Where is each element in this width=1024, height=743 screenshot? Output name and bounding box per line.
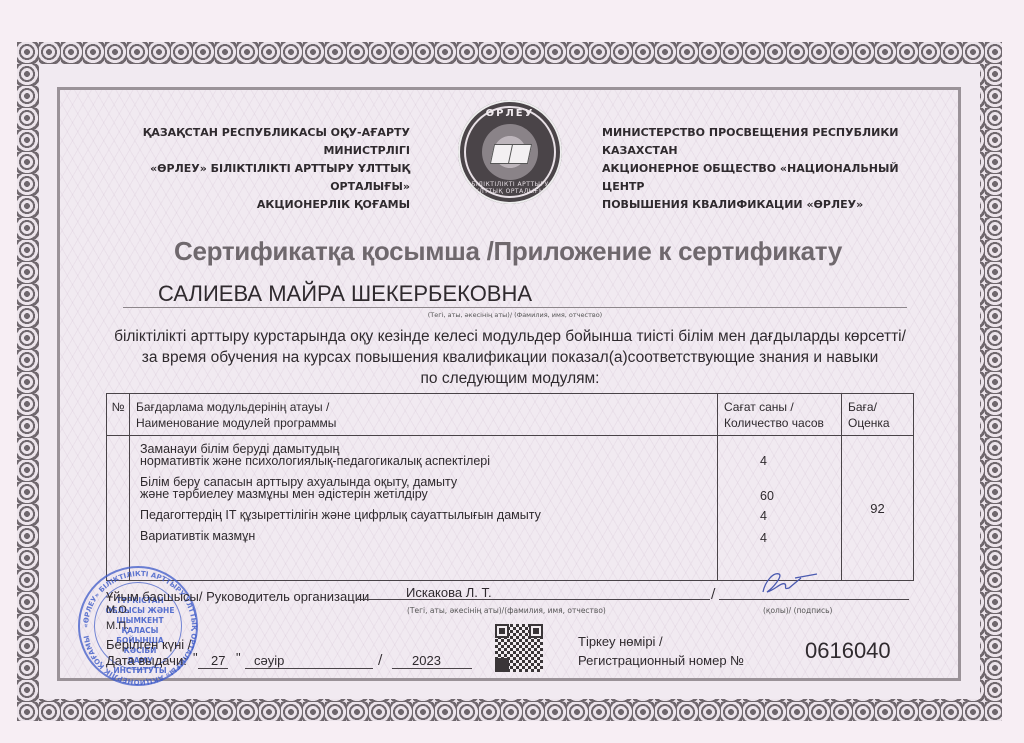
module-item: Заманауи білім беруді дамытудың норматив… <box>140 443 717 467</box>
header-module-kz: Бағдарлама модульдерінің атауы / <box>136 399 712 415</box>
intro-line: по следующим модулям: <box>100 368 920 389</box>
module-name: Вариативтік мазмұн <box>140 530 717 542</box>
header-module-ru: Наименование модулей программы <box>136 415 712 431</box>
module-item: Білім беру сапасын арттыру ахуалында оқы… <box>140 476 717 500</box>
module-name: нормативтік және психологиялық-педагогик… <box>140 455 717 467</box>
header-kazakh: ҚАЗАҚСТАН РЕСПУБЛИКАСЫ ОҚУ-АҒАРТУ МИНИСТ… <box>90 124 410 214</box>
module-hours: 4 <box>760 509 767 523</box>
modules-table: № Бағдарлама модульдерінің атауы / Наиме… <box>106 393 914 581</box>
header-kz-line: АКЦИОНЕРЛІК ҚОҒАМЫ <box>90 196 410 214</box>
module-hours: 4 <box>760 531 767 545</box>
director-name: Искакова Л. Т. <box>406 585 492 600</box>
table-row: Заманауи білім беруді дамытудың норматив… <box>107 436 914 581</box>
issue-date-label-kz: Берілген күні / <box>106 637 191 652</box>
module-hours: 60 <box>760 489 774 503</box>
logo-top-text: ӨРЛЕУ <box>458 108 562 119</box>
name-underline <box>123 307 907 308</box>
intro-line: за время обучения на курсах повышения кв… <box>100 347 920 368</box>
quote-open: " <box>193 650 198 665</box>
seal-label-kz: М.О. <box>106 604 130 616</box>
header-grade-ru: Оценка <box>848 415 908 431</box>
orleu-logo-icon: ӨРЛЕУ БІЛІКТІЛІКТІ АРТТЫРУ ҰЛТТЫҚ ОРТАЛЫ… <box>458 100 562 204</box>
date-slash: / <box>378 653 382 668</box>
signature-caption: (қолы)/ (подпись) <box>763 606 832 615</box>
header-module: Бағдарлама модульдерінің атауы / Наимено… <box>130 394 718 436</box>
year-line <box>392 668 472 669</box>
registration-label: Тіркеу нөмірі / Регистрационный номер № <box>578 632 744 670</box>
header-hours-ru: Количество часов <box>724 415 836 431</box>
header-kz-line: ҚАЗАҚСТАН РЕСПУБЛИКАСЫ ОҚУ-АҒАРТУ МИНИСТ… <box>90 124 410 160</box>
document-title: Сертификатқа қосымша /Приложение к серти… <box>123 236 893 267</box>
director-label: Ұйым басшысы/ Руководитель организации <box>106 589 369 604</box>
registration-label-ru: Регистрационный номер № <box>578 651 744 670</box>
open-book-icon <box>490 144 532 164</box>
slash-separator: / <box>711 587 715 602</box>
header-grade-kz: Баға/ <box>848 399 908 415</box>
signature-line <box>719 599 909 600</box>
official-stamp: «ӨРЛЕУ» БІЛІКТІЛІКТІ АРТТЫРУ ҰЛТТЫҚ ОРТА… <box>78 566 198 686</box>
module-name: Педагогтердің IT құзыреттілігін және циф… <box>140 509 717 521</box>
header-ru-line: МИНИСТЕРСТВО ПРОСВЕЩЕНИЯ РЕСПУБЛИКИ КАЗА… <box>602 124 942 160</box>
header-number: № <box>107 394 130 436</box>
header-ru-line: ПОВЫШЕНИЯ КВАЛИФИКАЦИИ «ӨРЛЕУ» <box>602 196 942 214</box>
day-line <box>198 668 228 669</box>
header-kz-line: «ӨРЛЕУ» БІЛІКТІЛІКТІ АРТТЫРУ ҰЛТТЫҚ ОРТА… <box>90 160 410 196</box>
module-item: Педагогтердің IT құзыреттілігін және циф… <box>140 509 717 521</box>
issue-day: 27 <box>211 653 225 668</box>
intro-text: біліктілікті арттыру курстарында оқу кез… <box>100 326 920 389</box>
registration-label-kz: Тіркеу нөмірі / <box>578 632 744 651</box>
header-grade: Баға/ Оценка <box>842 394 914 436</box>
intro-line: біліктілікті арттыру курстарында оқу кез… <box>100 326 920 347</box>
table-header-row: № Бағдарлама модульдерінің атауы / Наиме… <box>107 394 914 436</box>
header-russian: МИНИСТЕРСТВО ПРОСВЕЩЕНИЯ РЕСПУБЛИКИ КАЗА… <box>602 124 942 214</box>
number-cell <box>107 436 130 581</box>
qr-code[interactable] <box>495 624 543 672</box>
issue-date-label-ru: Дата выдачи: <box>106 653 187 668</box>
header-ru-line: АКЦИОНЕРНОЕ ОБЩЕСТВО «НАЦИОНАЛЬНЫЙ ЦЕНТР <box>602 160 942 196</box>
module-name: және тәрбиелеу мазмұны мен әдістерін жет… <box>140 488 717 500</box>
seal-label-ru: М.П. <box>106 620 129 632</box>
quote-close: " <box>236 650 241 665</box>
module-hours: 4 <box>760 454 767 468</box>
issue-month: сәуір <box>254 653 284 668</box>
logo-bottom-text: БІЛІКТІЛІКТІ АРТТЫРУ ҰЛТТЫҚ ОРТАЛЫҒЫ <box>458 181 562 195</box>
hours-cell: 4 60 4 4 <box>718 436 842 581</box>
name-caption: (Тегі, аты, әкесінің аты)/ (Фамилия, имя… <box>123 311 907 319</box>
registration-number: 0616040 <box>805 638 891 664</box>
person-name: САЛИЕВА МАЙРА ШЕКЕРБЕКОВНА <box>158 281 532 307</box>
grade-cell: 92 <box>842 436 914 581</box>
handwritten-signature <box>755 568 825 596</box>
issue-year: 2023 <box>412 653 441 668</box>
month-line <box>245 668 373 669</box>
module-list-cell: Заманауи білім беруді дамытудың норматив… <box>130 436 718 581</box>
header-hours: Сағат саны / Количество часов <box>718 394 842 436</box>
header-hours-kz: Сағат саны / <box>724 399 836 415</box>
module-item: Вариативтік мазмұн <box>140 530 717 542</box>
director-name-caption: (Тегі, аты, әкесінің аты)/(фамилия, имя,… <box>407 606 606 615</box>
